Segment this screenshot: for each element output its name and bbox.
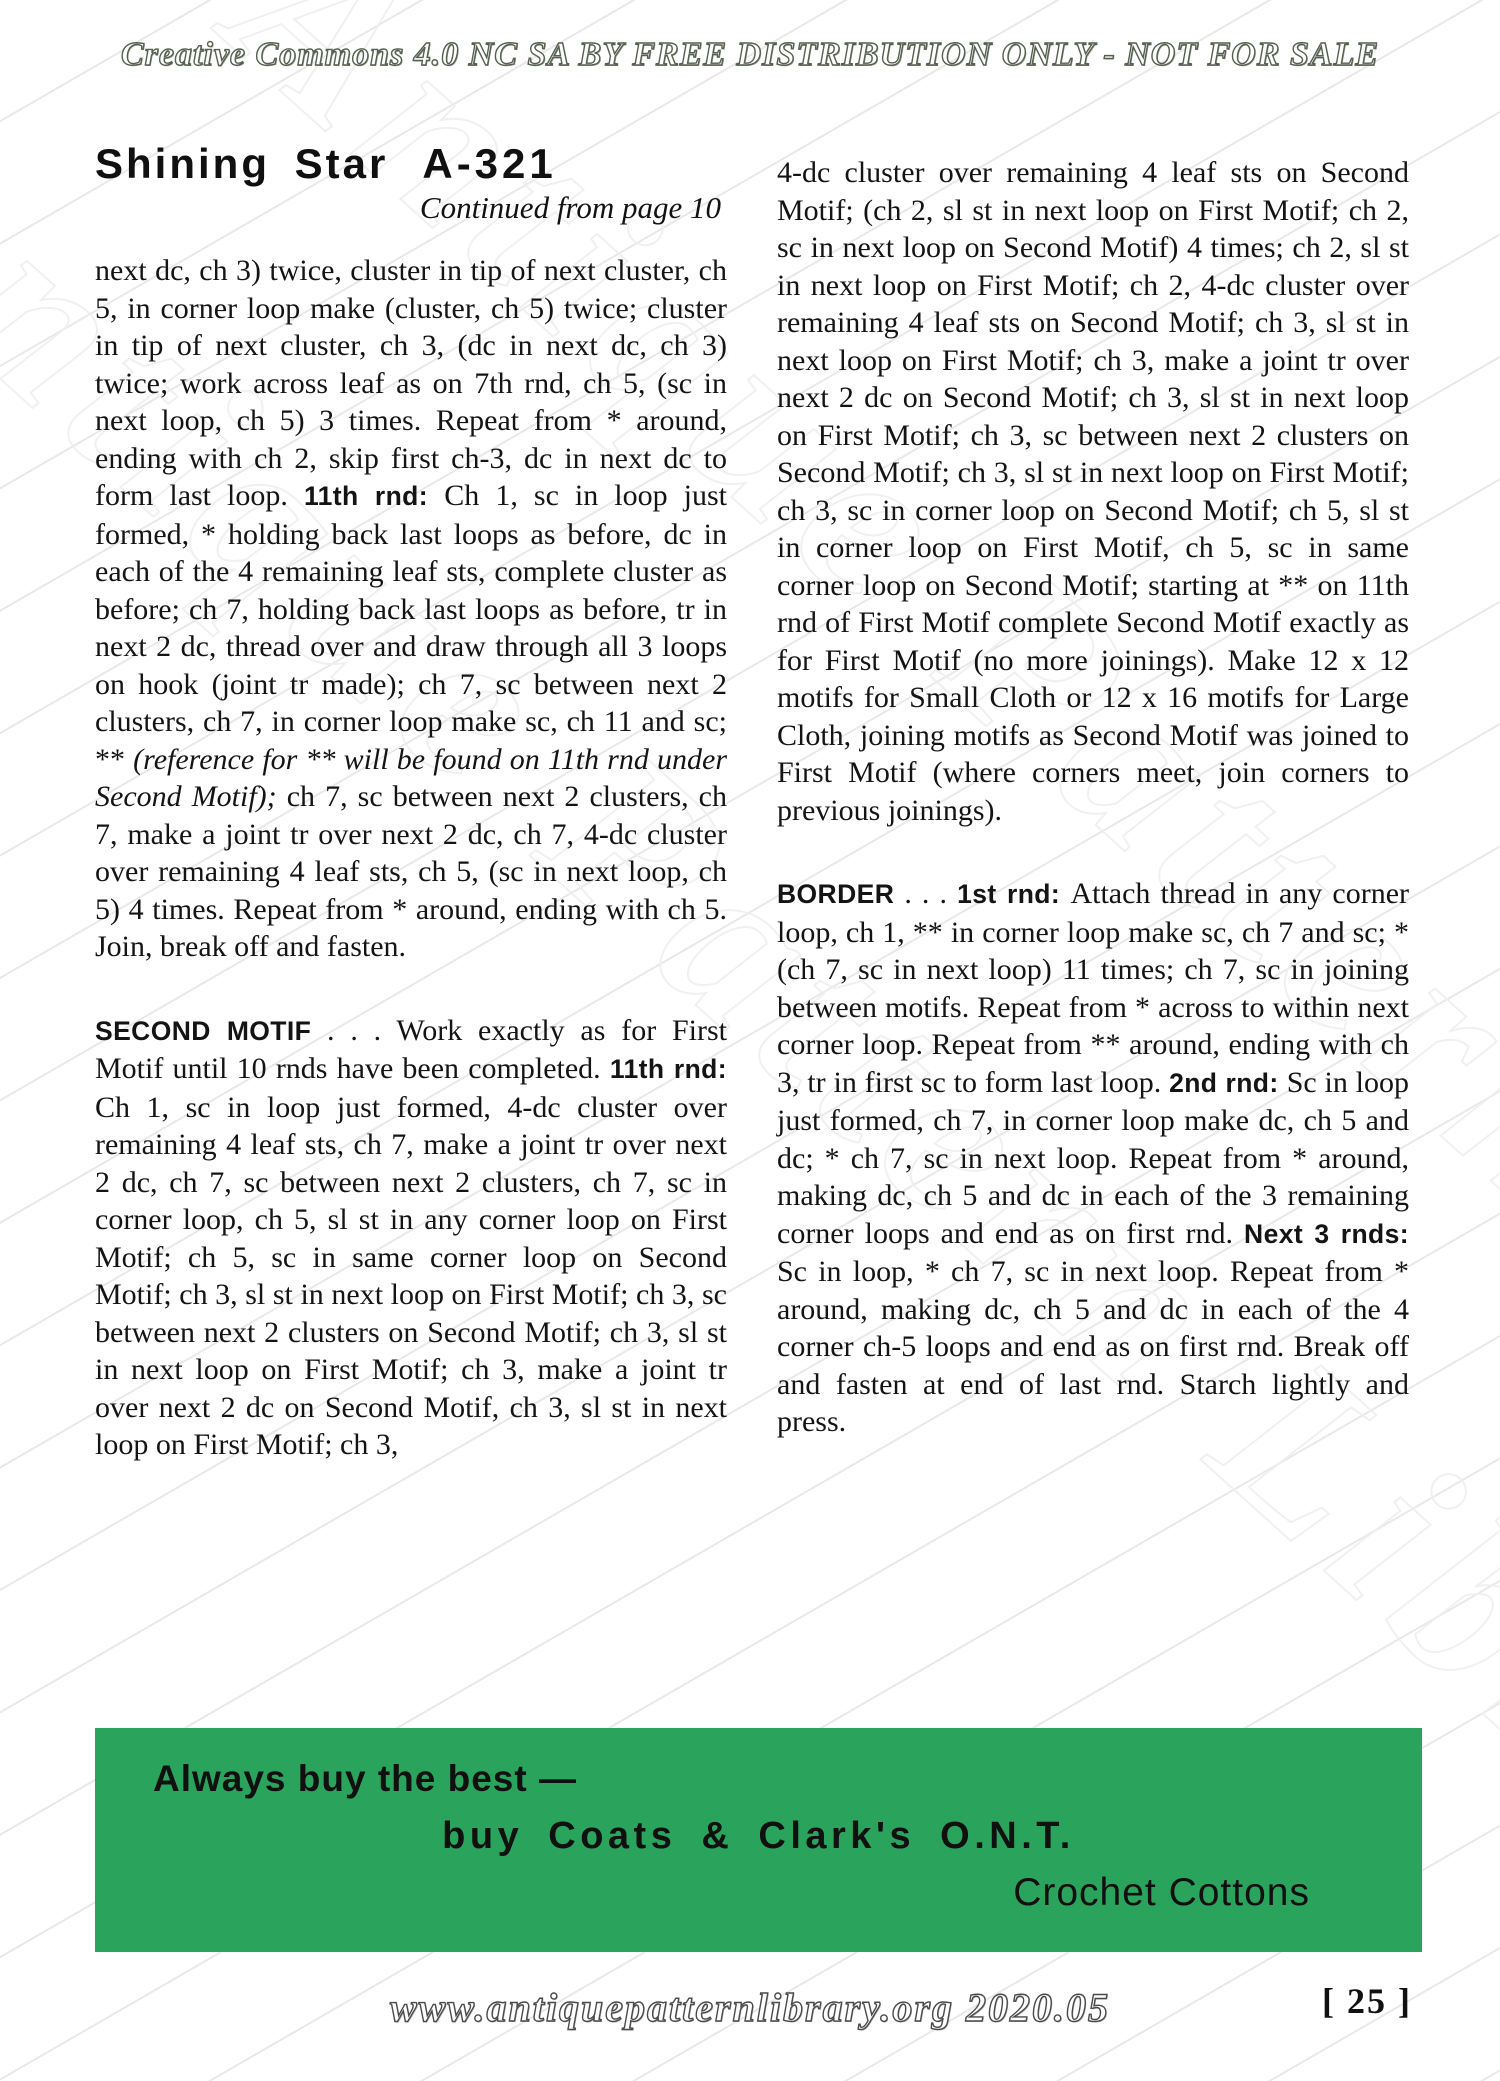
instruction-text: next dc, ch 3) twice, cluster in tip of … (95, 254, 727, 512)
pattern-title-line: Shining Star A-321 (95, 140, 727, 188)
pattern-code: A-321 (422, 140, 556, 188)
ad-product-line: Crochet Cottons (95, 1871, 1422, 1915)
run-in-heading: SECOND MOTIF (95, 1016, 311, 1046)
column-right: 4-dc cluster over remaining 4 leaf sts o… (777, 140, 1409, 1441)
footer-website: www.antiquepatternlibrary.org 2020.05 (0, 1984, 1500, 2031)
scanned-pattern-page: Antique Pattern Library Antique Pattern … (0, 0, 1500, 2081)
run-in-heading: 2nd rnd: (1169, 1068, 1287, 1098)
ad-slogan-line: Always buy the best — (153, 1758, 1422, 1800)
instruction-text: Ch 1, sc in loop just formed, 4-dc clust… (95, 1091, 727, 1462)
run-in-heading: 1st rnd: (957, 879, 1070, 909)
body-paragraph: next dc, ch 3) twice, cluster in tip of … (95, 252, 727, 966)
run-in-heading: BORDER (777, 879, 894, 909)
pattern-title: Shining Star (95, 140, 388, 188)
instruction-text: Sc in loop, * ch 7, sc in next loop. Rep… (777, 1255, 1409, 1438)
body-paragraph: BORDER . . . 1st rnd: Attach thread in a… (777, 875, 1409, 1441)
ad-brand-line: buy Coats & Clark's O.N.T. (95, 1815, 1422, 1858)
run-in-heading: 11th rnd: (304, 481, 444, 511)
two-column-layout: Shining Star A-321 Continued from page 1… (95, 140, 1409, 1464)
coats-clark-advertisement: Always buy the best — buy Coats & Clark'… (95, 1728, 1422, 1952)
column-left: Shining Star A-321 Continued from page 1… (95, 140, 727, 1464)
continued-from-note: Continued from page 10 (95, 190, 727, 226)
instruction-text: 4-dc cluster over remaining 4 leaf sts o… (777, 156, 1409, 827)
instruction-text: . . . (894, 877, 957, 910)
instruction-text: Ch 1, sc in loop just formed, * holding … (95, 479, 727, 776)
run-in-heading: Next 3 rnds: (1244, 1219, 1409, 1249)
body-paragraph: SECOND MOTIF . . . Work exactly as for F… (95, 1012, 727, 1464)
page-number: [ 25 ] (1322, 1980, 1412, 2022)
license-banner: Creative Commons 4.0 NC SA BY FREE DISTR… (0, 36, 1500, 74)
run-in-heading: 11th rnd: (610, 1054, 727, 1084)
body-paragraph: 4-dc cluster over remaining 4 leaf sts o… (777, 154, 1409, 829)
